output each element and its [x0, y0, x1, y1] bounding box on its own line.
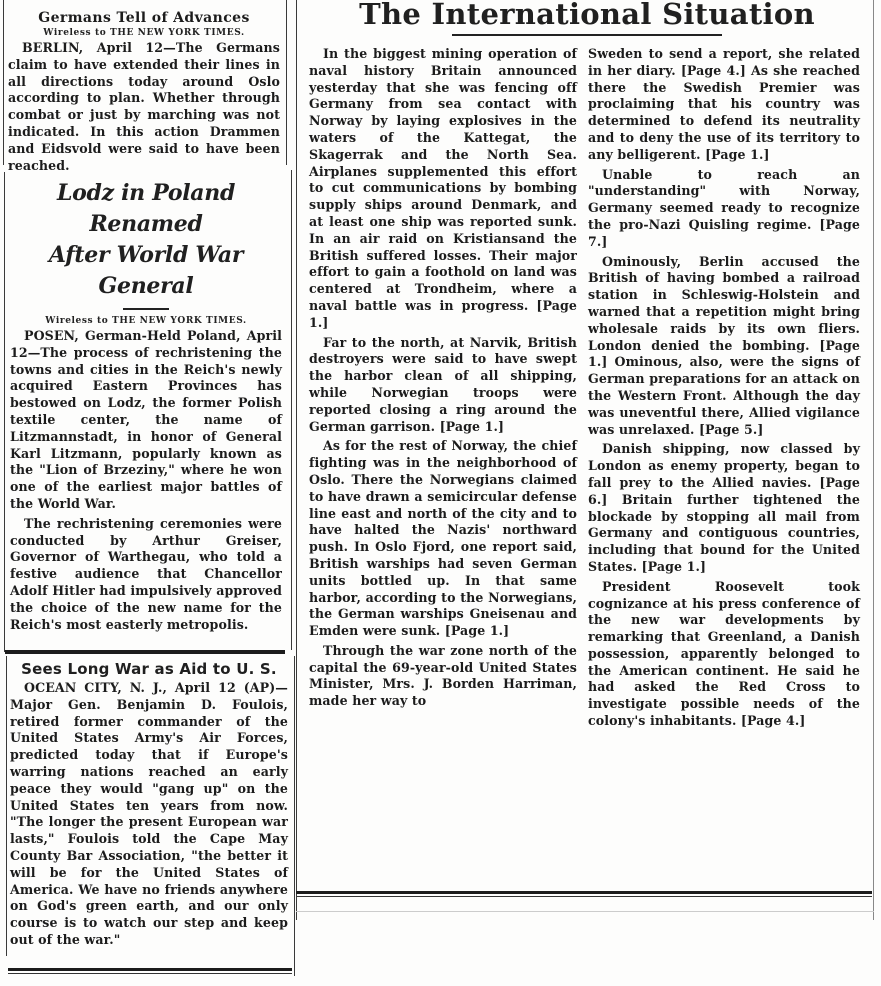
- paragraph: Through the war zone north of the capita…: [309, 643, 577, 710]
- paragraph: Unable to reach an "understanding" with …: [588, 167, 860, 251]
- paragraph: The rechristening ceremonies were conduc…: [10, 516, 282, 634]
- column-rule: [873, 0, 874, 920]
- article-international-situation: The International Situation: [300, 0, 874, 36]
- section-divider: [8, 968, 292, 974]
- column-rule: [291, 170, 292, 650]
- article-body: POSEN, German-Held Poland, April 12—The …: [10, 328, 282, 633]
- article-lodz-renamed: Lodz in Poland Renamed After World War G…: [10, 172, 282, 636]
- article-sees-long-war: Sees Long War as Aid to U. S. OCEAN CITY…: [10, 656, 288, 952]
- article-headline: The International Situation: [300, 0, 874, 30]
- section-divider: [296, 891, 872, 897]
- article-germans-tell-of-advances: Germans Tell of Advances Wireless to THE…: [8, 6, 280, 177]
- column-rule: [4, 172, 5, 652]
- paragraph: As for the rest of Norway, the chief fig…: [309, 438, 577, 640]
- main-column-1: In the biggest mining operation of naval…: [309, 46, 577, 713]
- newspaper-clipping: Germans Tell of Advances Wireless to THE…: [0, 0, 881, 986]
- paragraph: President Roosevelt took cognizance at h…: [588, 579, 860, 730]
- main-column-2: Sweden to send a report, she related in …: [588, 46, 860, 733]
- paragraph: Ominously, Berlin accused the British of…: [588, 254, 860, 439]
- dateline: BERLIN, April 12: [22, 40, 163, 55]
- paragraph: In the biggest mining operation of naval…: [309, 46, 577, 332]
- column-rule: [6, 656, 7, 956]
- wire-credit: Wireless to THE NEW YORK TIMES.: [8, 28, 280, 38]
- column-rule: [294, 656, 295, 976]
- wire-credit: Wireless to THE NEW YORK TIMES.: [10, 316, 282, 326]
- divider: [123, 308, 169, 310]
- paragraph: Sweden to send a report, she related in …: [588, 46, 860, 164]
- article-headline: Sees Long War as Aid to U. S.: [10, 660, 288, 678]
- headline-line: Lodz in Poland Renamed: [10, 178, 282, 240]
- paragraph: Danish shipping, now classed by London a…: [588, 441, 860, 575]
- article-body: OCEAN CITY, N. J., April 12 (AP)—Major G…: [10, 680, 288, 949]
- column-rule: [3, 0, 4, 165]
- article-headline: Lodz in Poland Renamed After World War G…: [10, 178, 282, 302]
- paragraph: —The Germans claim to have extended thei…: [8, 40, 280, 173]
- paragraph: (AP)—Major Gen. Benjamin D. Foulois, ret…: [10, 680, 288, 947]
- headline-underline: [452, 34, 722, 36]
- paragraph: —The process of rechristening the towns …: [10, 345, 282, 511]
- dateline: OCEAN CITY, N. J., April 12: [24, 680, 236, 695]
- bottom-edge: [296, 911, 874, 912]
- headline-line: After World War General: [10, 240, 282, 302]
- section-divider: [5, 650, 285, 654]
- paragraph: Far to the north, at Narvik, British des…: [309, 335, 577, 436]
- article-headline: Germans Tell of Advances: [8, 10, 280, 26]
- article-body: BERLIN, April 12—The Germans claim to ha…: [8, 40, 280, 174]
- column-rule: [296, 0, 297, 920]
- column-rule: [286, 0, 287, 165]
